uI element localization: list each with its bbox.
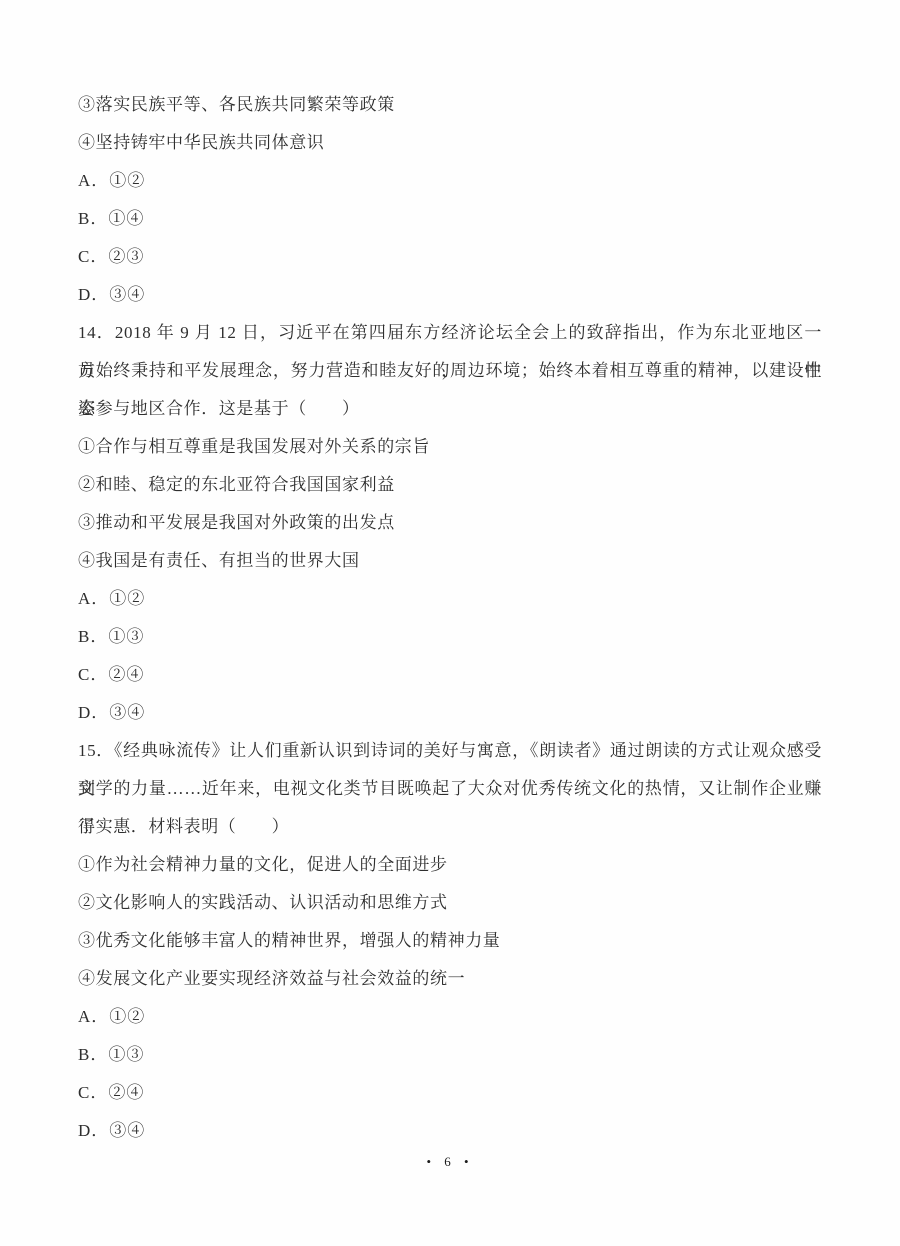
choice-line: A．①② bbox=[78, 580, 822, 618]
numbered-item-line: ④我国是有责任、有担当的世界大国 bbox=[78, 542, 822, 580]
choice-line: D．③④ bbox=[78, 276, 822, 314]
numbered-item-line: ④发展文化产业要实现经济效益与社会效益的统一 bbox=[78, 960, 822, 998]
choice-line: C．②④ bbox=[78, 1074, 822, 1112]
numbered-item-line: ③落实民族平等、各民族共同繁荣等政策 bbox=[78, 86, 822, 124]
choice-line: C．②④ bbox=[78, 656, 822, 694]
question-stem-line: 态参与地区合作．这是基于（ ） bbox=[78, 390, 822, 428]
choice-line: A．①② bbox=[78, 162, 822, 200]
choice-line: D．③④ bbox=[78, 694, 822, 732]
numbered-item-line: ④坚持铸牢中华民族共同体意识 bbox=[78, 124, 822, 162]
numbered-item-line: ③优秀文化能够丰富人的精神世界，增强人的精神力量 bbox=[78, 922, 822, 960]
question-stem-line: 14．2018 年 9 月 12 日，习近平在第四届东方经济论坛全会上的致辞指出… bbox=[78, 314, 822, 352]
numbered-item-line: ①作为社会精神力量的文化，促进人的全面进步 bbox=[78, 846, 822, 884]
numbered-item-line: ①合作与相互尊重是我国发展对外关系的宗旨 bbox=[78, 428, 822, 466]
choice-line: A．①② bbox=[78, 998, 822, 1036]
question-stem-line: 方始终秉持和平发展理念，努力营造和睦友好的周边环境；始终本着相互尊重的精神，以建… bbox=[78, 352, 822, 390]
numbered-item-line: ③推动和平发展是我国对外政策的出发点 bbox=[78, 504, 822, 542]
exam-page: ③落实民族平等、各民族共同繁荣等政策④坚持铸牢中华民族共同体意识A．①②B．①④… bbox=[0, 0, 900, 1246]
numbered-item-line: ②文化影响人的实践活动、认识活动和思维方式 bbox=[78, 884, 822, 922]
page-number: • 6 • bbox=[0, 1150, 900, 1174]
choice-line: D．③④ bbox=[78, 1112, 822, 1150]
exam-content: ③落实民族平等、各民族共同繁荣等政策④坚持铸牢中华民族共同体意识A．①②B．①④… bbox=[78, 86, 822, 1150]
choice-line: C．②③ bbox=[78, 238, 822, 276]
choice-line: B．①③ bbox=[78, 1036, 822, 1074]
numbered-item-line: ②和睦、稳定的东北亚符合我国国家利益 bbox=[78, 466, 822, 504]
choice-line: B．①④ bbox=[78, 200, 822, 238]
choice-line: B．①③ bbox=[78, 618, 822, 656]
question-stem-line: 文学的力量……近年来，电视文化类节目既唤起了大众对优秀传统文化的热情，又让制作企… bbox=[78, 770, 822, 808]
question-stem-line: 15．《经典咏流传》让人们重新认识到诗词的美好与寓意，《朗读者》通过朗读的方式让… bbox=[78, 732, 822, 770]
question-stem-line: 了实惠．材料表明（ ） bbox=[78, 808, 822, 846]
